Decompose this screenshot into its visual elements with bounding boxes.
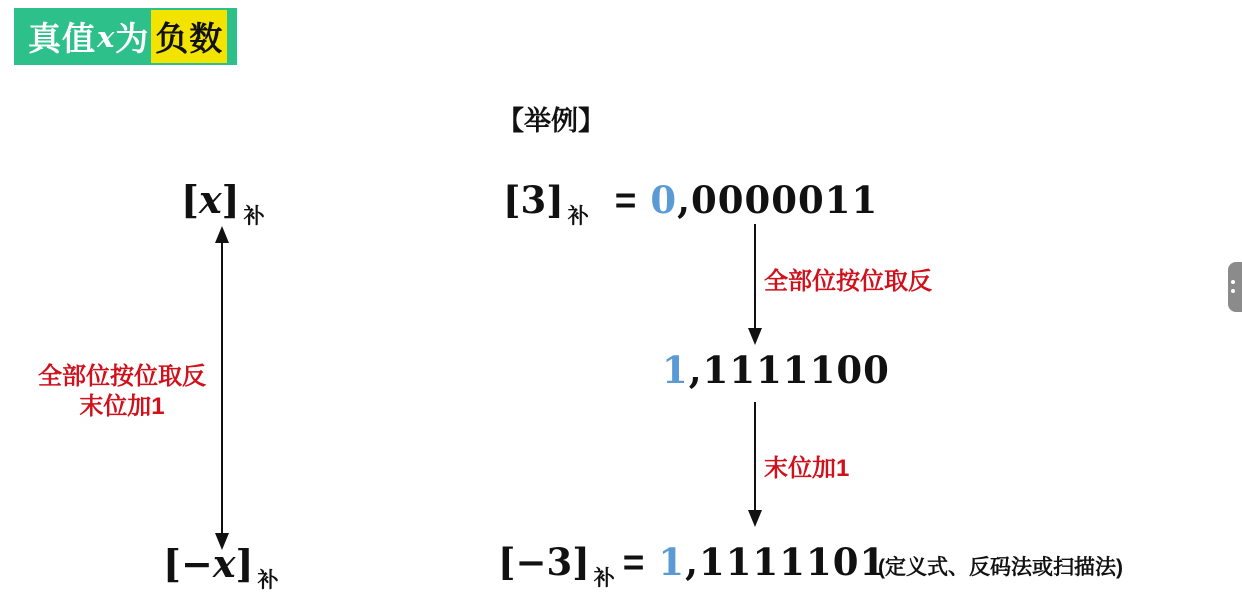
badge-variable: x bbox=[97, 20, 114, 54]
example-header: 【举例】 bbox=[497, 99, 605, 138]
variable-x: x bbox=[199, 177, 222, 222]
badge-highlight: 负数 bbox=[151, 10, 227, 63]
equals-sign: = bbox=[615, 180, 637, 221]
bracket-open: [ bbox=[181, 177, 199, 222]
bracket-close: ] bbox=[235, 541, 253, 586]
variable-x: x bbox=[213, 541, 236, 586]
add-one-label: 末位加1 bbox=[764, 448, 849, 483]
step3-lhs: [−3] bbox=[498, 540, 590, 584]
formula-step3: [−3]补=1,1111101 bbox=[498, 540, 886, 584]
formula-step1: [3]补=0,0000011 bbox=[503, 178, 878, 222]
step1-magnitude-bits: ,0000011 bbox=[677, 178, 878, 222]
formula-step2: 1,1111100 bbox=[662, 348, 890, 392]
title-badge: 真值x为负数 bbox=[14, 8, 237, 65]
step1-lhs: [3] bbox=[503, 178, 564, 222]
bracket-close: ] bbox=[222, 177, 240, 222]
subscript-bu: 补 bbox=[244, 205, 265, 228]
formula-neg-x-complement: [−x]补 bbox=[163, 541, 278, 586]
step2-sign-bit: 1 bbox=[662, 348, 689, 392]
side-panel-handle[interactable] bbox=[1228, 262, 1242, 312]
handle-dot bbox=[1231, 289, 1235, 293]
step1-sign-bit: 0 bbox=[650, 178, 677, 222]
invert-bits-label: 全部位按位取反 bbox=[764, 261, 932, 296]
left-transform-label-line1: 全部位按位取反 bbox=[22, 362, 222, 392]
method-note: (定义式、反码法或扫描法) bbox=[878, 551, 1123, 581]
minus-sign: − bbox=[181, 541, 213, 586]
subscript-bu: 补 bbox=[257, 569, 278, 592]
bracket-open: [ bbox=[163, 541, 181, 586]
badge-prefix: 真值 bbox=[28, 13, 96, 60]
subscript-bu: 补 bbox=[568, 205, 589, 228]
subscript-bu: 补 bbox=[594, 567, 615, 590]
left-transform-label-line2: 末位加1 bbox=[22, 392, 222, 422]
formula-x-complement: [x]补 bbox=[181, 177, 265, 222]
left-transform-label: 全部位按位取反 末位加1 bbox=[22, 362, 222, 422]
handle-dot bbox=[1231, 280, 1235, 284]
step3-magnitude-bits: ,1111101 bbox=[685, 540, 886, 584]
badge-suffix: 为 bbox=[115, 13, 149, 60]
step2-magnitude-bits: ,1111100 bbox=[689, 348, 890, 392]
step3-sign-bit: 1 bbox=[658, 540, 685, 584]
equals-sign: = bbox=[623, 542, 645, 583]
